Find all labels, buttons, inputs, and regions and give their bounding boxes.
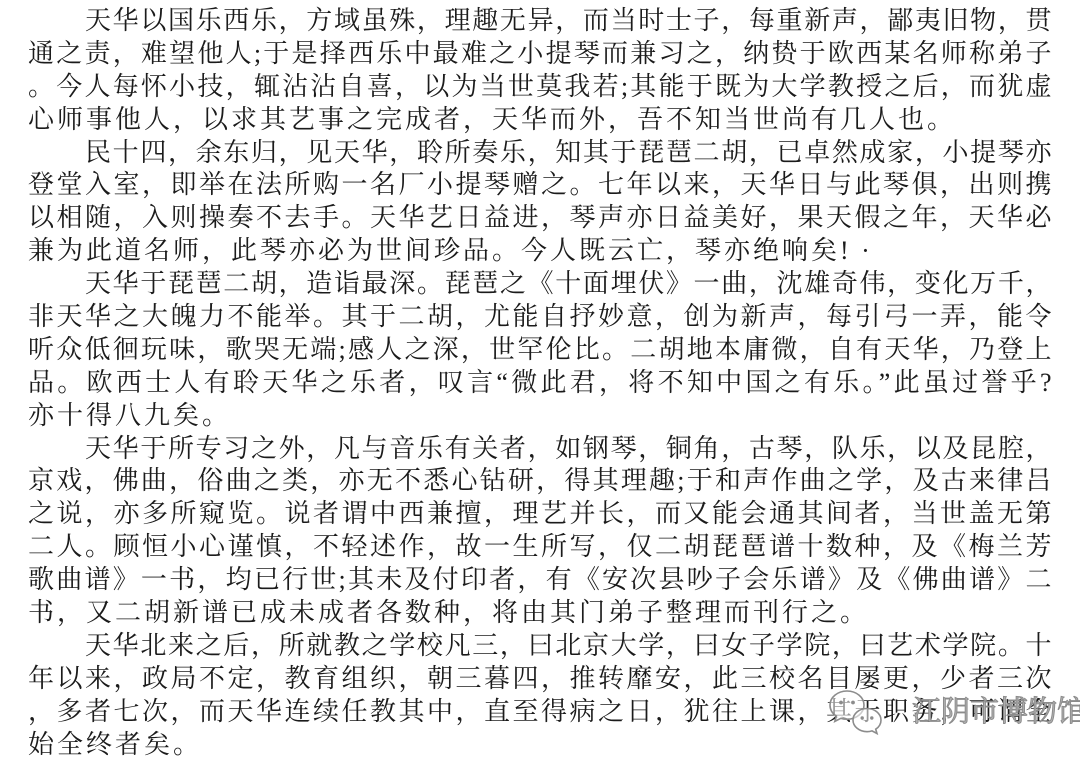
text-line: 天华北来之后，所就教之学校凡三，曰北京大学，曰女子学院，曰艺术学院。十 [28, 630, 1052, 663]
text-line: 歌曲谱》一书，均已行世;其未及付印者，有《安次县吵子会乐谱》及《佛曲谱》二 [28, 564, 1052, 597]
text-line: 听众低徊玩味，歌哭无端;感人之深，世罕伦比。二胡地本庸微，自有天华，乃登上 [28, 334, 1052, 367]
text-line: 品。欧西士人有聆天华之乐者，叹言“微此君，将不知中国之有乐。”此虽过誉乎? [28, 367, 1052, 400]
text-line: 二人。顾恒小心谨慎，不轻述作，故一生所写，仅二胡琵琶谱十数种，及《梅兰芳 [28, 531, 1052, 564]
text-line: 亦十得八九矣。 [28, 400, 1052, 433]
text-line: 京戏，佛曲，俗曲之类，亦无不悉心钻研，得其理趣;于和声作曲之学，及古来律吕 [28, 465, 1052, 498]
text-line: 兼为此道名师，此琴亦必为世间珍品。今人既云亡，琴亦绝响矣! · [28, 235, 1052, 268]
document-page: 天华以国乐西乐，方域虽殊，理趣无异，而当时士子，每重新声，鄙夷旧物，贯 通之责，… [0, 0, 1080, 763]
text-line: 始全终者矣。 [28, 729, 1052, 762]
text-line: 之说，亦多所窥览。说者谓中西兼擅，理艺并长，而又能会通其间者，当世盖无第 [28, 498, 1052, 531]
text-line: 通之责，难望他人;于是择西乐中最难之小提琴而兼习之，纳贽于欧西某名师称弟子 [28, 38, 1052, 71]
text-line: 天华以国乐西乐，方域虽殊，理趣无异，而当时士子，每重新声，鄙夷旧物，贯 [28, 5, 1052, 38]
text-line: 民十四，余东归，见天华，聆所奏乐，知其于琵琶二胡，已卓然成家，小提琴亦 [28, 137, 1052, 170]
text-line: 登堂入室，即举在法所购一名厂小提琴赠之。七年以来，天华日与此琴俱，出则携 [28, 169, 1052, 202]
text-line: 以相随，入则操奏不去手。天华艺日益进，琴声亦日益美好，果天假之年，天华必 [28, 202, 1052, 235]
text-line: 。今人每怀小技，辄沾沾自喜，以为当世莫我若;其能于既为大学教授之后，而犹虚 [28, 71, 1052, 104]
text-line: 天华于琵琶二胡，造诣最深。琵琶之《十面埋伏》一曲，沈雄奇伟，变化万千， [28, 268, 1052, 301]
text-line: ，多者七次，而天华连续任教其中，直至得病之日，犹往上课，其于职务，可谓全 [28, 696, 1052, 729]
text-line: 年以来，政局不定，教育组织，朝三暮四，推转靡安，此三校名目屡更，少者三次 [28, 663, 1052, 696]
text-line: 心师事他人，以求其艺事之完成者，天华而外，吾不知当世尚有几人也。 [28, 104, 1052, 137]
text-line: 天华于所专习之外，凡与音乐有关者，如钢琴，铜角，古琴，队乐，以及昆腔， [28, 433, 1052, 466]
text-line: 书，又二胡新谱已成未成者各数种，将由其门弟子整理而刊行之。 [28, 597, 1052, 630]
text-line: 非天华之大魄力不能举。其于二胡，尤能自抒妙意，创为新声，每引弓一弄，能令 [28, 301, 1052, 334]
